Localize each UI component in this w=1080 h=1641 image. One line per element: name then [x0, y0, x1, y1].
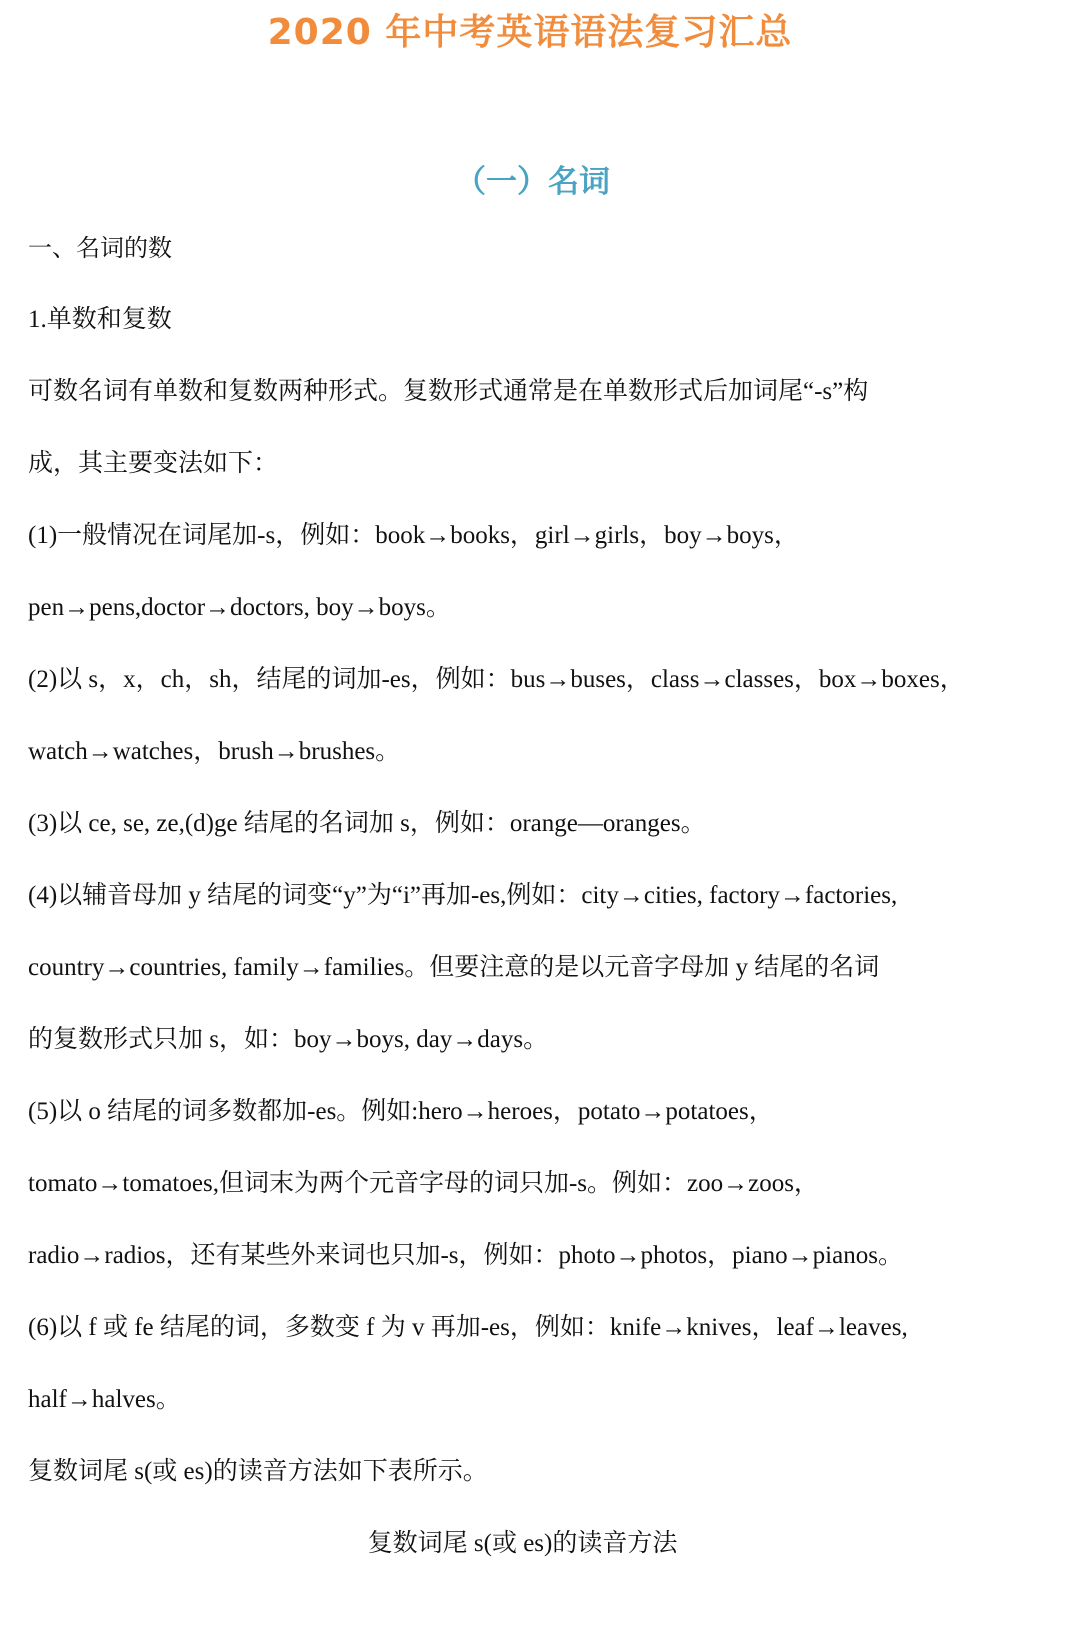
rule-4-line: 的复数形式只加 s，如：boy→boys, day→days。 [28, 1022, 548, 1058]
rule-2-line: (2)以 s，x，ch，sh，结尾的词加-es，例如：bus→buses，cla… [28, 662, 965, 698]
heading-singular-plural: 1.单数和复数 [28, 302, 172, 338]
paragraph-line: 成，其主要变法如下： [28, 446, 278, 482]
heading-text: 一、名词的数 [28, 234, 172, 262]
rule-5-line: tomato→tomatoes,但词末为两个元音字母的词只加-s。例如：zoo→… [28, 1166, 819, 1202]
paragraph-line: 可数名词有单数和复数两种形式。复数形式通常是在单数形式后加词尾“-s”构 [28, 374, 868, 410]
rule-6-line: (6)以 f 或 fe 结尾的词，多数变 f 为 v 再加-es，例如：knif… [28, 1310, 908, 1346]
document-title: 2020 年中考英语语法复习汇总 [0, 8, 1060, 58]
rule-4-line: (4)以辅音母加 y 结尾的词变“y”为“i”再加-es,例如：city→cit… [28, 878, 897, 914]
table-caption: 复数词尾 s(或 es)的读音方法 [0, 1526, 1045, 1562]
table-intro: 复数词尾 s(或 es)的读音方法如下表所示。 [28, 1454, 488, 1490]
heading-noun-number: 一、名词的数 [28, 230, 172, 266]
rule-5-line: (5)以 o 结尾的词多数都加-es。例如:hero→heroes，potato… [28, 1094, 774, 1130]
rule-3-line: (3)以 ce, se, ze,(d)ge 结尾的名词加 s，例如：orange… [28, 806, 706, 842]
rule-2-line: watch→watches，brush→brushes。 [28, 734, 400, 770]
rule-4-line: country→countries, family→families。但要注意的… [28, 950, 879, 986]
heading-text: 1.单数和复数 [28, 306, 172, 333]
rule-1-line: (1)一般情况在词尾加-s，例如：book→books，girl→girls，b… [28, 518, 799, 554]
rule-1-line: pen→pens,doctor→doctors, boy→boys。 [28, 590, 451, 626]
section-title: （一）名词 [0, 160, 1065, 204]
rule-5-line: radio→radios，还有某些外来词也只加-s，例如：photo→photo… [28, 1238, 903, 1274]
rule-6-line: half→halves。 [28, 1382, 181, 1418]
